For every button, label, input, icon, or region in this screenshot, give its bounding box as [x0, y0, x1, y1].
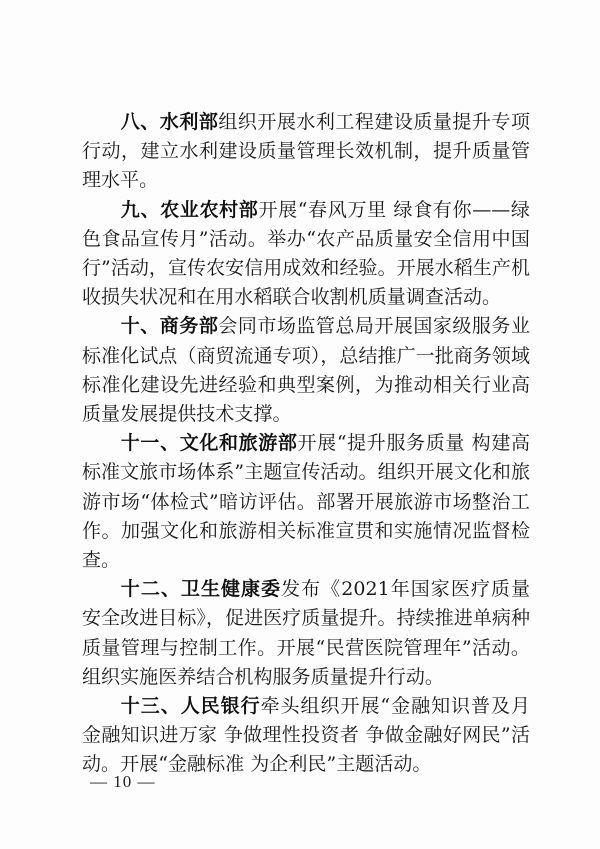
paragraph-ministry-commerce: 十、商务部会同市场监管总局开展国家级服务业标准化试点（商贸流通专项），总结推广一… — [82, 312, 530, 429]
paragraph-ministry-culture-tourism: 十一、文化和旅游部开展“提升服务质量 构建高标准文旅市场体系”主题宣传活动。组织… — [82, 429, 530, 575]
document-page: 八、水利部组织开展水利工程建设质量提升专项行动，建立水利建设质量管理长效机制，提… — [82, 108, 530, 780]
paragraph-ministry-agriculture: 九、农业农村部开展“春风万里 绿食有你——绿色食品宣传月”活动。举办“农产品质量… — [82, 196, 530, 313]
paragraph-lead: 十三、人民银行 — [121, 695, 261, 717]
paragraph-ministry-water-resources: 八、水利部组织开展水利工程建设质量提升专项行动，建立水利建设质量管理长效机制，提… — [82, 108, 530, 196]
paragraph-peoples-bank: 十三、人民银行牵头组织开展“金融知识普及月 金融知识进万家 争做理性投资者 争做… — [82, 692, 530, 780]
paragraph-lead: 八、水利部 — [121, 111, 219, 133]
paragraph-lead: 十、商务部 — [121, 315, 219, 337]
paragraph-lead: 十一、文化和旅游部 — [121, 432, 298, 454]
paragraph-lead: 九、农业农村部 — [121, 199, 259, 221]
paragraph-health-commission: 十二、卫生健康委发布《2021年国家医疗质量安全改进目标》，促进医疗质量提升。持… — [82, 575, 530, 692]
page-number: — 10 — — [90, 772, 156, 792]
paragraph-lead: 十二、卫生健康委 — [121, 578, 281, 600]
